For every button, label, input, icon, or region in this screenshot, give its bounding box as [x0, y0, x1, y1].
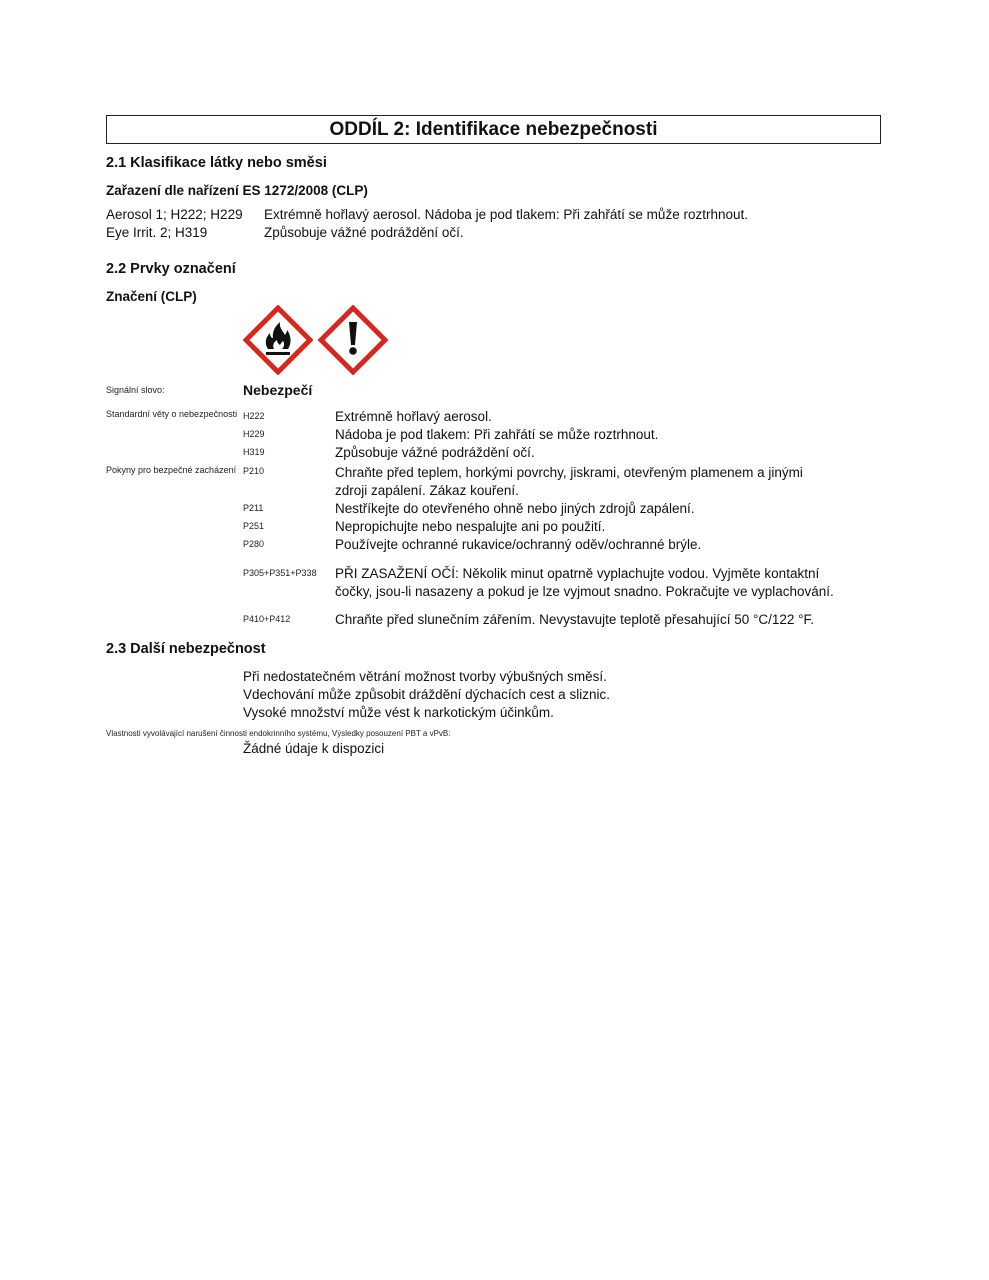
hazard-text: Způsobuje vážné podráždění očí.	[335, 445, 535, 460]
hazard-code: H319	[243, 447, 265, 457]
precaution-text: zdroji zapálení. Zákaz kouření.	[335, 483, 519, 498]
signal-word: Nebezpečí	[243, 382, 312, 398]
precaution-text: Chraňte před slunečním zářením. Nevystav…	[335, 612, 814, 627]
precaution-text: Používejte ochranné rukavice/ochranný od…	[335, 537, 701, 552]
precaution-code: P410+P412	[243, 614, 290, 624]
endocrine-pbt-label: Vlastnosti vyvolávající narušení činnost…	[106, 729, 450, 738]
precaution-code: P251	[243, 521, 264, 531]
classification-text: Způsobuje vážné podráždění očí.	[264, 225, 464, 240]
flame-pictogram-icon	[243, 305, 313, 375]
endocrine-pbt-value: Žádné údaje k dispozici	[243, 741, 384, 756]
classification-text: Extrémně hořlavý aerosol. Nádoba je pod …	[264, 207, 748, 222]
hazard-statements-label: Standardní věty o nebezpečnosti	[106, 409, 237, 419]
subheading-labelling: Značení (CLP)	[106, 289, 197, 304]
classification-code: Aerosol 1; H222; H229	[106, 207, 243, 222]
signal-word-label: Signální slovo:	[106, 385, 165, 395]
precautionary-statements-label: Pokyny pro bezpečné zacházení	[106, 465, 236, 475]
hazard-text: Nádoba je pod tlakem: Při zahřátí se můž…	[335, 427, 658, 442]
precaution-text: Nepropichujte nebo nespalujte ani po pou…	[335, 519, 605, 534]
hazard-code: H222	[243, 411, 265, 421]
precaution-code: P305+P351+P338	[243, 568, 317, 578]
subheading-clp-classification: Zařazení dle nařízení ES 1272/2008 (CLP)	[106, 183, 368, 198]
other-hazard-text: Vysoké množství může vést k narkotickým …	[243, 705, 554, 720]
hazard-code: H229	[243, 429, 265, 439]
hazard-text: Extrémně hořlavý aerosol.	[335, 409, 492, 424]
section-header-box: ODDÍL 2: Identifikace nebezpečnosti	[106, 115, 881, 144]
precaution-code: P210	[243, 466, 264, 476]
precaution-text: PŘI ZASAŽENÍ OČÍ: Několik minut opatrně …	[335, 566, 819, 581]
other-hazard-text: Vdechování může způsobit dráždění dýchac…	[243, 687, 610, 702]
heading-2-1: 2.1 Klasifikace látky nebo směsi	[106, 155, 327, 171]
precaution-text: Nestříkejte do otevřeného ohně nebo jiný…	[335, 501, 694, 516]
precaution-code: P280	[243, 539, 264, 549]
exclamation-pictogram-icon	[318, 305, 388, 375]
section-title: ODDÍL 2: Identifikace nebezpečnosti	[107, 119, 880, 141]
classification-code: Eye Irrit. 2; H319	[106, 225, 207, 240]
precaution-text: čočky, jsou-li nasazeny a pokud je lze v…	[335, 584, 834, 599]
heading-2-2: 2.2 Prvky označení	[106, 261, 236, 277]
precaution-text: Chraňte před teplem, horkými povrchy, ji…	[335, 465, 803, 480]
other-hazard-text: Při nedostatečném větrání možnost tvorby…	[243, 669, 607, 684]
heading-2-3: 2.3 Další nebezpečnost	[106, 641, 266, 657]
precaution-code: P211	[243, 503, 263, 513]
